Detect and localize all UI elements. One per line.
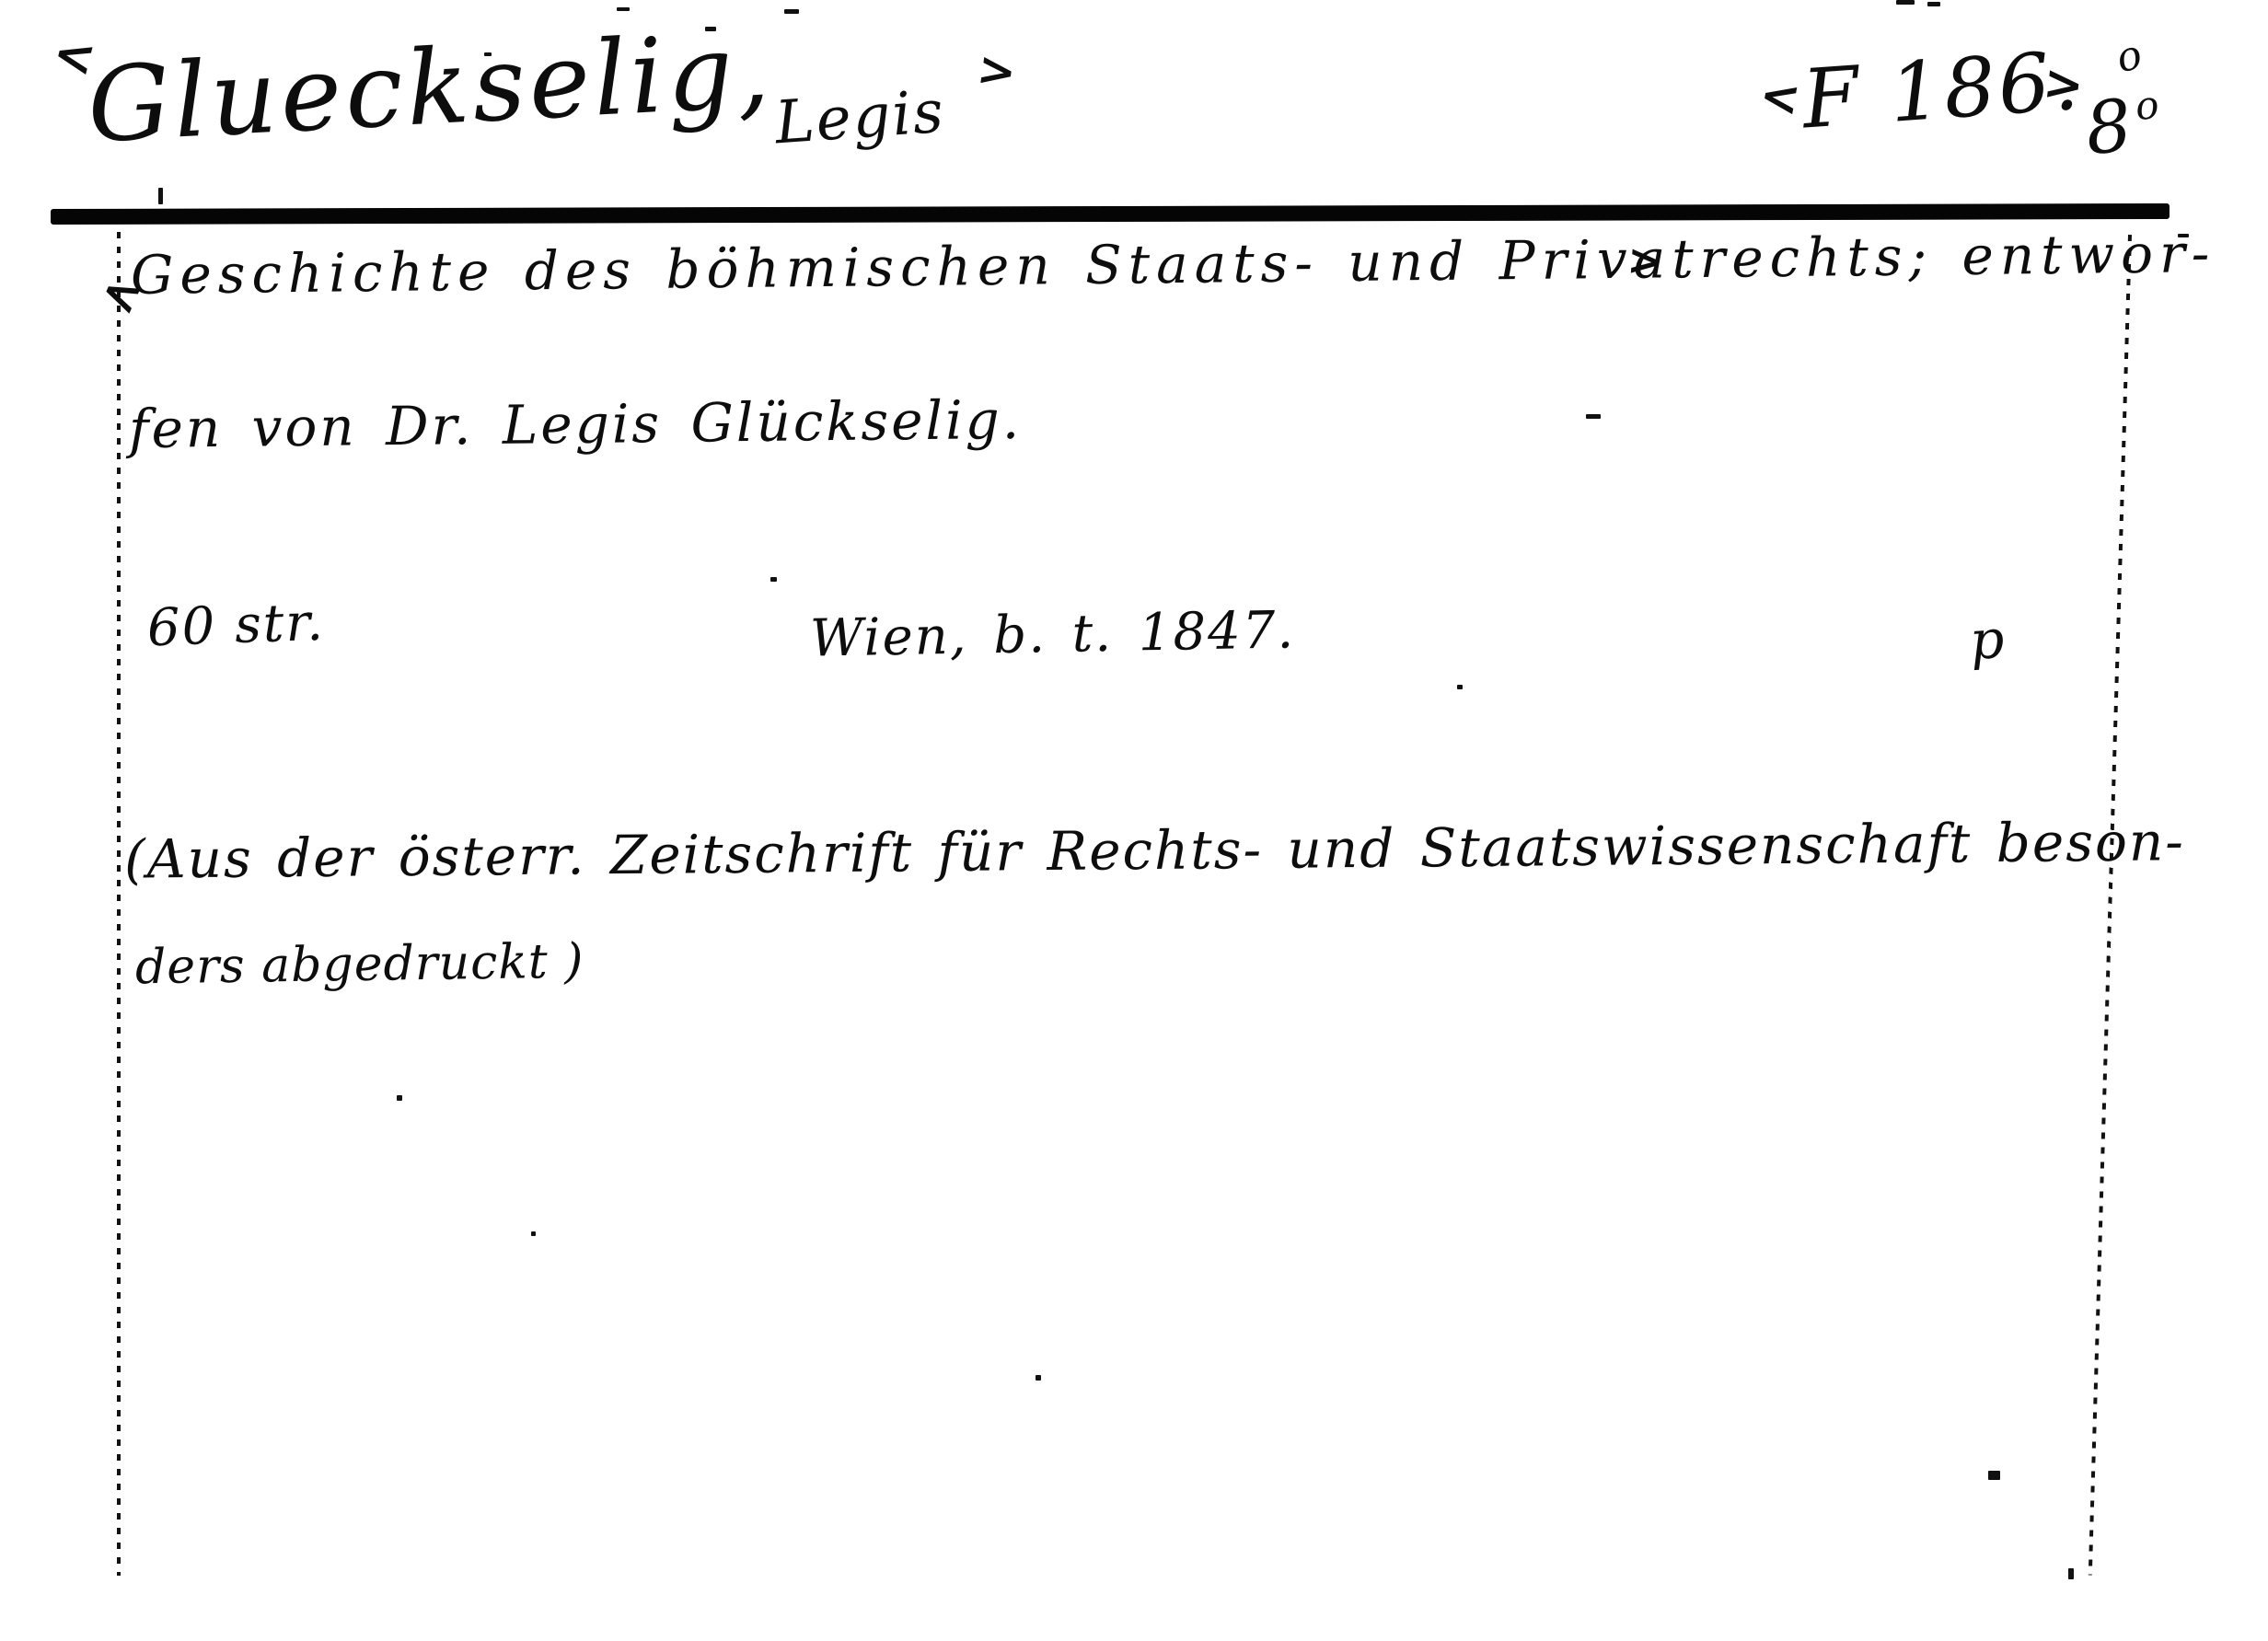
ink-speck [705,27,716,31]
extent: 60 str. [146,597,326,655]
format-ordinal: o [2134,86,2161,126]
ink-speck [531,1231,536,1236]
ink-speck [158,188,163,204]
format-number: 8 [2082,90,2135,167]
ink-speck [617,7,630,11]
ink-speck [1896,0,1915,5]
ink-speck [1927,2,1940,6]
imprint: Wien, b. t. 1847. [810,605,1296,664]
ink-speck [484,52,492,56]
author-forename: Legis [773,83,947,154]
ink-speck [1586,414,1601,419]
shelfmark-caret-open-mark: < [1756,71,1804,125]
title-line-1: Geschichte des böhmischen Staats- und Pr… [131,226,2216,302]
ink-speck [770,577,777,582]
ink-speck [2068,1568,2074,1579]
note-line-2: ders abgedruckt ) [135,938,584,992]
author-surname: Glueckselig, [86,19,776,158]
shelfmark-caret-close-mark: > [2041,59,2086,110]
caret-close-mark: > [975,45,1019,96]
ink-speck [1988,1471,2000,1480]
note-line-1: (Aus der österr. Zeitschrift für Rechts-… [124,815,2185,886]
title-line-2: fen von Dr. Legis Glückselig. [129,393,1023,456]
ink-speck [1457,685,1463,689]
format-flourish-mark: o [2112,34,2146,79]
ink-speck [397,1095,402,1101]
shelfmark: F 186. [1799,40,2083,141]
ink-speck [1036,1375,1041,1381]
ink-speck [2178,234,2189,237]
right-margin-dotted-line [2089,235,2132,1575]
ink-speck [784,9,799,14]
catalog-card: < Glueckselig, Legis > < F 186. > 8 o o … [0,0,2268,1641]
left-margin-dotted-line [117,232,121,1576]
price-mark: p [1968,612,2006,667]
header-rule [51,203,2170,225]
